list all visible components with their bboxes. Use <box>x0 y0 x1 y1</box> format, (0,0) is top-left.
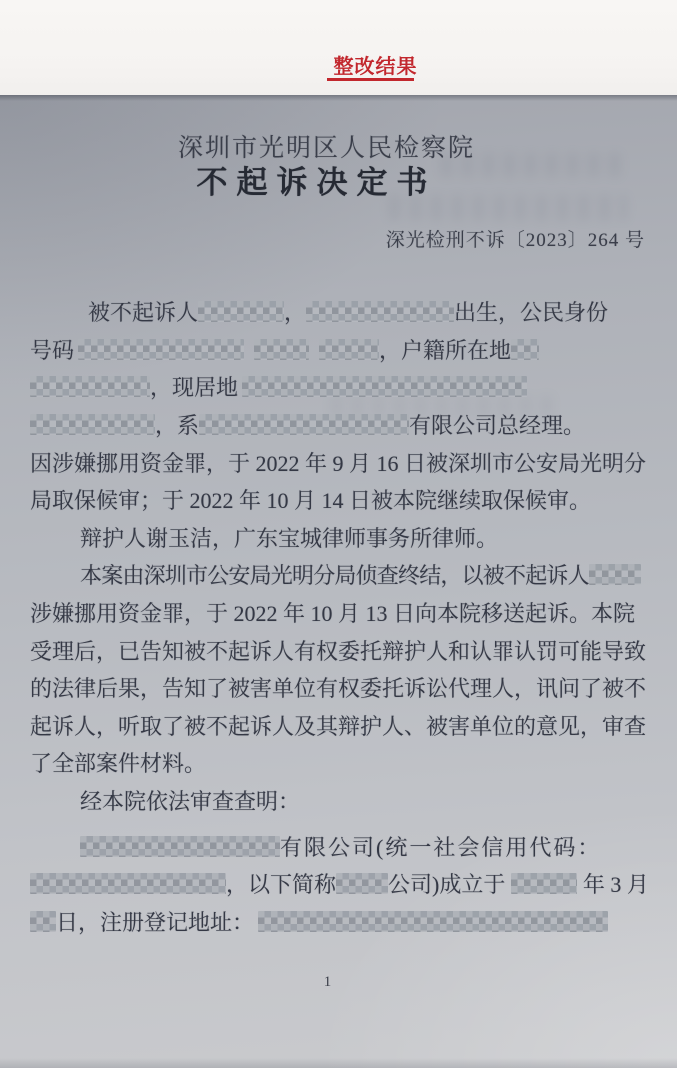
redacted-block <box>30 911 56 932</box>
redacted-block <box>78 339 244 360</box>
text-run: 了全部案件材料。 <box>30 747 206 778</box>
document-line: ，系有限公司总经理。 <box>30 406 651 444</box>
text-run: 涉嫌挪用资金罪，于 2022 年 10 月 13 日向本院移送起诉。本院 <box>30 597 635 628</box>
text-run: 起诉人，听取了被不起诉人及其辩护人、被害单位的意见，审查 <box>30 710 646 741</box>
redacted-block <box>199 414 409 435</box>
text-run: ， <box>284 296 306 327</box>
redacted-block <box>589 564 641 585</box>
text-run: 本案由深圳市公安局光明分局侦查终结，以被不起诉人 <box>80 559 589 590</box>
text-run: 辩护人谢玉洁，广东宝城律师事务所律师。 <box>80 522 498 553</box>
redacted-block <box>319 339 379 360</box>
text-run: 公司)成立于 <box>388 868 505 899</box>
text-run: 的法律后果，告知了被害单位有权委托诉讼代理人，讯问了被不 <box>30 672 646 703</box>
redacted-block <box>511 873 577 894</box>
document-line: 有限公司(统一社会信用代码： <box>30 827 651 865</box>
document-photo: 深圳市光明区人民检察院 不起诉决定书 深光检刑不诉〔2023〕264 号 被不起… <box>0 95 677 1068</box>
document-body: 被不起诉人，出生，公民身份号码，户籍所在地，现居地，系有限公司总经理。因涉嫌挪用… <box>30 293 651 940</box>
document-line: 局取保候审；于 2022 年 10 月 14 日被本院继续取保候审。 <box>30 481 651 519</box>
text-run: 有限公司总经理。 <box>409 409 585 440</box>
text-run: ，户籍所在地 <box>379 334 511 365</box>
text-run: ，以下简称 <box>226 868 336 899</box>
text-run: 因涉嫌挪用资金罪，于 2022 年 9 月 16 日被深圳市公安局光明分 <box>30 447 646 478</box>
redacted-block <box>198 301 284 322</box>
page-number: 1 <box>0 974 666 991</box>
text-run: 经本院依法审查查明： <box>80 785 300 816</box>
document-line: 的法律后果，告知了被害单位有权委托诉讼代理人，讯问了被不 <box>30 669 651 707</box>
text-run: 被不起诉人 <box>88 296 198 327</box>
document-line: 起诉人，听取了被不起诉人及其辩护人、被害单位的意见，审查 <box>30 707 651 745</box>
document-line: 经本院依法审查查明： <box>30 782 651 820</box>
text-run: 日，注册登记地址： <box>56 906 254 937</box>
text-run: 出生，公民身份 <box>454 296 608 327</box>
document-line: ，以下简称公司)成立于 年 3 月 <box>30 865 651 903</box>
redacted-block <box>258 911 608 932</box>
text-run: ，系 <box>155 409 199 440</box>
redacted-block <box>242 376 527 397</box>
document-line: 受理后，已告知被不起诉人有权委托辩护人和认罪认罚可能导致 <box>30 631 651 669</box>
document-line: 涉嫌挪用资金罪，于 2022 年 10 月 13 日向本院移送起诉。本院 <box>30 594 651 632</box>
redacted-block <box>306 301 454 322</box>
page-title: 整改结果 <box>37 50 677 79</box>
text-run: 局取保候审；于 2022 年 10 月 14 日被本院继续取保候审。 <box>30 484 591 515</box>
document-line: 日，注册登记地址： <box>30 903 651 941</box>
document-line: ，现居地 <box>30 368 651 406</box>
document-line: 辩护人谢玉洁，广东宝城律师事务所律师。 <box>30 519 651 557</box>
page-header: 整改结果 <box>0 0 677 95</box>
text-run: ，现居地 <box>150 371 238 402</box>
document-line: 因涉嫌挪用资金罪，于 2022 年 9 月 16 日被深圳市公安局光明分 <box>30 443 651 481</box>
redacted-block <box>336 873 388 894</box>
redacted-block <box>254 339 309 360</box>
redacted-block <box>80 836 280 857</box>
redacted-block <box>30 414 155 435</box>
text-run: 年 3 月 <box>577 868 649 899</box>
redacted-block <box>30 376 150 397</box>
document-number: 深光检刑不诉〔2023〕264 号 <box>386 225 645 252</box>
document-line: 本案由深圳市公安局光明分局侦查终结，以被不起诉人 <box>30 556 651 594</box>
redacted-block <box>30 873 226 894</box>
text-run: 号码 <box>30 334 74 365</box>
text-run: 受理后，已告知被不起诉人有权委托辩护人和认罪认罚可能导致 <box>30 635 646 666</box>
text-run: 有限公司(统一社会信用代码： <box>280 831 601 862</box>
document-line: 号码，户籍所在地 <box>30 331 651 369</box>
document-line: 被不起诉人，出生，公民身份 <box>30 293 651 331</box>
title-underline <box>327 78 414 81</box>
document-title: 不起诉决定书 <box>0 157 655 202</box>
redacted-block <box>511 339 539 360</box>
document-line: 了全部案件材料。 <box>30 744 651 782</box>
